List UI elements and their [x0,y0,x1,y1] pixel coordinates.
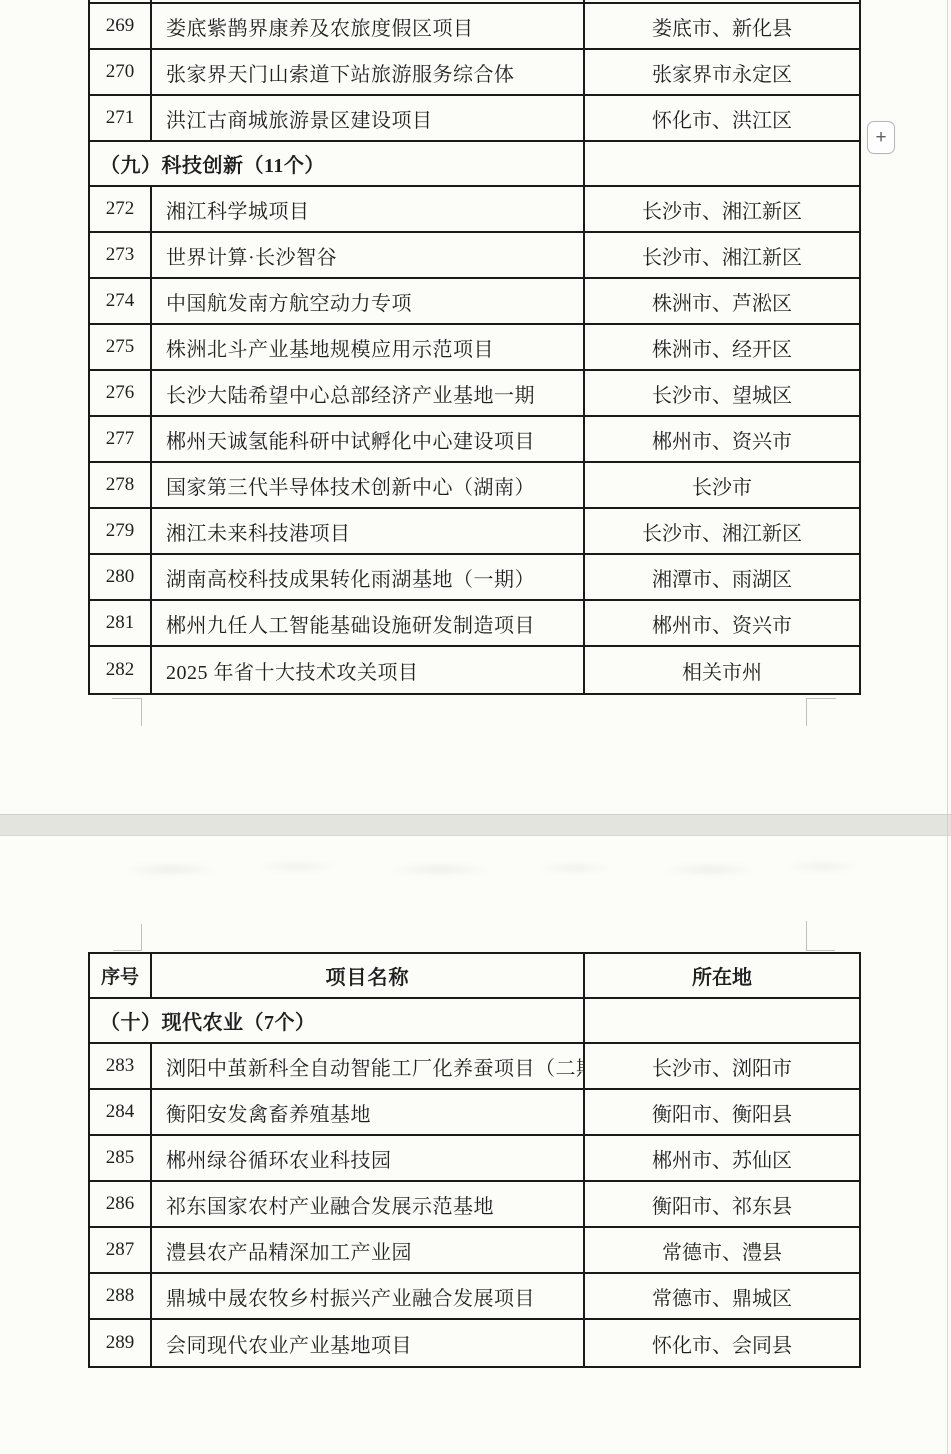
project-name: 郴州九任人工智能基础设施研发制造项目 [152,601,585,645]
row-number: 279 [90,509,152,553]
project-name: 世界计算·长沙智谷 [152,233,585,277]
project-location: 张家界市永定区 [585,50,859,94]
project-location: 湘潭市、雨湖区 [585,555,859,599]
table-row: 278国家第三代半导体技术创新中心（湖南）长沙市 [90,463,859,509]
project-name: 国家第三代半导体技术创新中心（湖南） [152,463,585,507]
project-location: 长沙市、望城区 [585,371,859,415]
section-row: （十）现代农业（7个） [90,999,859,1044]
project-name: 湖南高校科技成果转化雨湖基地（一期） [152,555,585,599]
project-name: 湘江未来科技港项目 [152,509,585,553]
row-number: 278 [90,463,152,507]
row-number: 288 [90,1274,152,1318]
row-number: 274 [90,279,152,323]
section-empty-cell [585,999,859,1042]
project-name: 浏阳中茧新科全自动智能工厂化养蚕项目（二期） [152,1044,585,1088]
row-number: 271 [90,96,152,140]
section-row: （九）科技创新（11个） [90,142,859,187]
project-location: 郴州市、资兴市 [585,417,859,461]
row-number: 280 [90,555,152,599]
row-number: 284 [90,1090,152,1134]
row-number: 276 [90,371,152,415]
row-number: 283 [90,1044,152,1088]
project-name: 株洲北斗产业基地规模应用示范项目 [152,325,585,369]
row-number: 275 [90,325,152,369]
project-location: 郴州市、资兴市 [585,601,859,645]
project-location: 株洲市、芦淞区 [585,279,859,323]
table-row: 286祁东国家农村产业融合发展示范基地衡阳市、祁东县 [90,1182,859,1228]
page-right-edge [947,0,948,1454]
table-row: 285郴州绿谷循环农业科技园郴州市、苏仙区 [90,1136,859,1182]
table-row: 274中国航发南方航空动力专项株洲市、芦淞区 [90,279,859,325]
project-name: 鼎城中晟农牧乡村振兴产业融合发展项目 [152,1274,585,1318]
sliver-cell [90,0,152,2]
table-row: 270张家界天门山索道下站旅游服务综合体张家界市永定区 [90,50,859,96]
row-number: 286 [90,1182,152,1226]
project-location: 长沙市、湘江新区 [585,233,859,277]
projects-table-page2: 序号项目名称所在地（十）现代农业（7个）283浏阳中茧新科全自动智能工厂化养蚕项… [88,952,861,1368]
project-name: 中国航发南方航空动力专项 [152,279,585,323]
row-number: 273 [90,233,152,277]
table-row: 288鼎城中晟农牧乡村振兴产业融合发展项目常德市、鼎城区 [90,1274,859,1320]
project-location: 株洲市、经开区 [585,325,859,369]
project-location: 娄底市、新化县 [585,4,859,48]
plus-icon: + [875,128,886,147]
sliver-cell [585,0,859,2]
row-number: 270 [90,50,152,94]
add-button[interactable]: + [867,121,895,154]
section-label: （九）科技创新（11个） [90,142,585,185]
project-name: 娄底紫鹊界康养及农旅度假区项目 [152,4,585,48]
table-row: 280湖南高校科技成果转化雨湖基地（一期）湘潭市、雨湖区 [90,555,859,601]
table-row: 272湘江科学城项目长沙市、湘江新区 [90,187,859,233]
row-number: 287 [90,1228,152,1272]
margin-corner-mark [113,924,142,951]
project-name: 张家界天门山索道下站旅游服务综合体 [152,50,585,94]
table-row: 273世界计算·长沙智谷长沙市、湘江新区 [90,233,859,279]
sliver-cell [152,0,585,2]
row-number: 289 [90,1320,152,1366]
project-location: 衡阳市、祁东县 [585,1182,859,1226]
column-header-name: 项目名称 [152,954,585,997]
table-row: 281郴州九任人工智能基础设施研发制造项目郴州市、资兴市 [90,601,859,647]
margin-corner-mark [806,698,836,726]
header-row: 序号项目名称所在地 [90,954,859,999]
project-name: 衡阳安发禽畜养殖基地 [152,1090,585,1134]
projects-table-page1: 269娄底紫鹊界康养及农旅度假区项目娄底市、新化县270张家界天门山索道下站旅游… [88,0,861,695]
project-location: 常德市、鼎城区 [585,1274,859,1318]
section-label: （十）现代农业（7个） [90,999,585,1042]
page-separator-band [0,814,951,836]
project-name: 会同现代农业产业基地项目 [152,1320,585,1366]
project-name: 长沙大陆希望中心总部经济产业基地一期 [152,371,585,415]
project-location: 长沙市、湘江新区 [585,187,859,231]
column-header-num: 序号 [90,954,152,997]
project-location: 怀化市、洪江区 [585,96,859,140]
row-number: 277 [90,417,152,461]
project-location: 长沙市、浏阳市 [585,1044,859,1088]
margin-corner-mark [112,698,142,726]
row-number: 269 [90,4,152,48]
margin-corner-mark [806,921,835,951]
table-row: 276长沙大陆希望中心总部经济产业基地一期长沙市、望城区 [90,371,859,417]
row-number: 285 [90,1136,152,1180]
table-row: 275株洲北斗产业基地规模应用示范项目株洲市、经开区 [90,325,859,371]
row-number: 272 [90,187,152,231]
row-number: 282 [90,647,152,693]
scan-smudge [110,853,860,883]
table-row: 287澧县农产品精深加工产业园常德市、澧县 [90,1228,859,1274]
table-row: 2822025 年省十大技术攻关项目相关市州 [90,647,859,693]
document-viewer: 269娄底紫鹊界康养及农旅度假区项目娄底市、新化县270张家界天门山索道下站旅游… [0,0,951,1454]
project-location: 怀化市、会同县 [585,1320,859,1366]
project-name: 澧县农产品精深加工产业园 [152,1228,585,1272]
project-location: 长沙市、湘江新区 [585,509,859,553]
project-location: 长沙市 [585,463,859,507]
project-name: 湘江科学城项目 [152,187,585,231]
project-name: 洪江古商城旅游景区建设项目 [152,96,585,140]
table-row: 269娄底紫鹊界康养及农旅度假区项目娄底市、新化县 [90,4,859,50]
table-row: 289会同现代农业产业基地项目怀化市、会同县 [90,1320,859,1366]
project-name: 祁东国家农村产业融合发展示范基地 [152,1182,585,1226]
table-row: 277郴州天诚氢能科研中试孵化中心建设项目郴州市、资兴市 [90,417,859,463]
project-name: 郴州绿谷循环农业科技园 [152,1136,585,1180]
project-name: 2025 年省十大技术攻关项目 [152,647,585,693]
table-row: 283浏阳中茧新科全自动智能工厂化养蚕项目（二期）长沙市、浏阳市 [90,1044,859,1090]
column-header-location: 所在地 [585,954,859,997]
project-location: 郴州市、苏仙区 [585,1136,859,1180]
project-location: 衡阳市、衡阳县 [585,1090,859,1134]
table-row: 284衡阳安发禽畜养殖基地衡阳市、衡阳县 [90,1090,859,1136]
project-location: 相关市州 [585,647,859,693]
section-empty-cell [585,142,859,185]
table-row: 279湘江未来科技港项目长沙市、湘江新区 [90,509,859,555]
table-row: 271洪江古商城旅游景区建设项目怀化市、洪江区 [90,96,859,142]
project-location: 常德市、澧县 [585,1228,859,1272]
project-name: 郴州天诚氢能科研中试孵化中心建设项目 [152,417,585,461]
row-number: 281 [90,601,152,645]
